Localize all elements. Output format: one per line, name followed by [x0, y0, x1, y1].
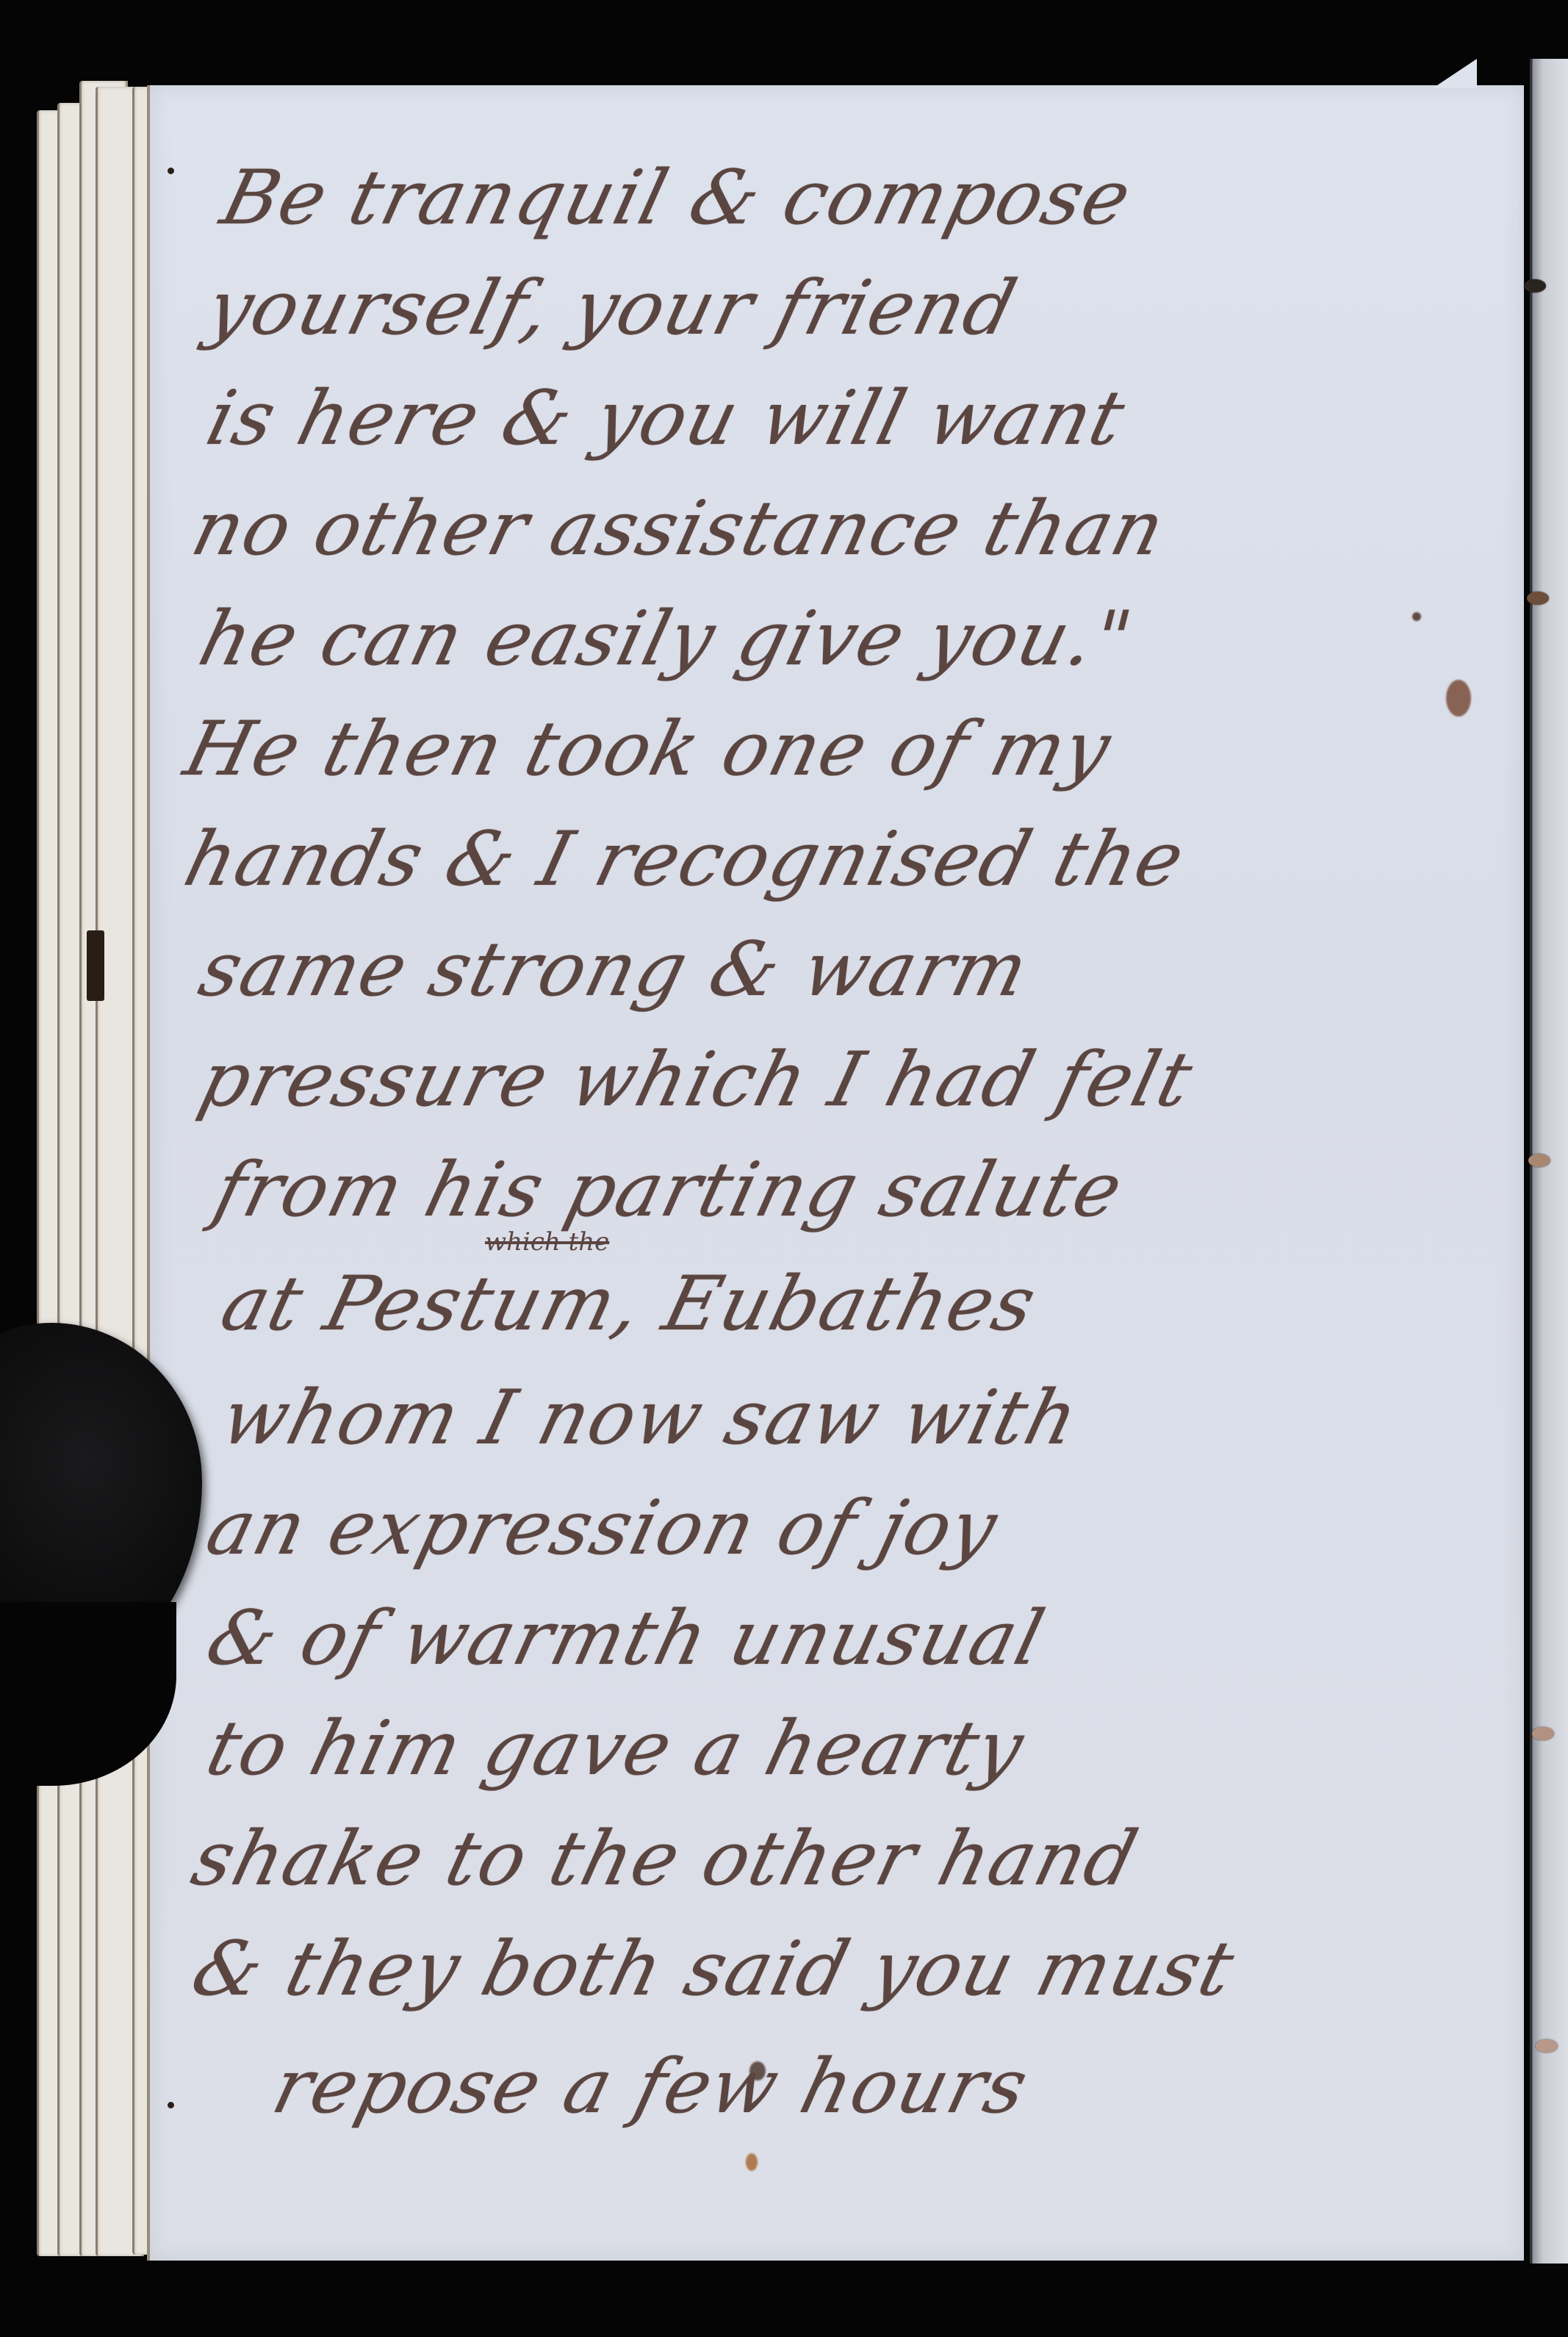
manuscript-line: an expression of joy — [198, 1485, 1007, 1572]
manuscript-line: He then took one of my — [176, 706, 1120, 793]
manuscript-line: pressure which I had felt — [191, 1036, 1202, 1124]
rust-stain — [746, 2153, 758, 2171]
ink-blot — [1412, 612, 1421, 621]
page-edge-tab — [87, 930, 104, 1001]
manuscript-line: is here & you will want — [198, 375, 1134, 462]
binding-stitch — [1527, 592, 1549, 605]
photo-background: Be tranquil & compose yourself, your fri… — [0, 0, 1568, 2337]
manuscript-line: repose a few hours — [265, 2043, 1037, 2130]
binding-stitch — [1524, 279, 1546, 292]
manuscript-line: hands & I recognised the — [176, 816, 1194, 903]
margin-dot — [168, 168, 174, 174]
manuscript-line: he can easily give you." — [191, 595, 1141, 683]
manuscript-line: same strong & warm — [191, 926, 1037, 1013]
manuscript-line: at Pestum, Eubathes — [213, 1260, 1046, 1348]
manuscript-line: & of warmth unusual — [198, 1595, 1054, 1682]
manuscript-line: & they both said you must — [184, 1925, 1243, 2013]
deleted-interlinear-insertion: which the — [485, 1227, 609, 1257]
binding-stitch — [1532, 1727, 1554, 1740]
manuscript-line: to him gave a hearty — [198, 1705, 1033, 1792]
manuscript-line: shake to the other hand — [184, 1815, 1147, 1903]
margin-dot — [168, 2102, 174, 2108]
page-corner — [1433, 59, 1477, 88]
manuscript-line: no other assistance than — [184, 485, 1174, 572]
binding-stitch — [1528, 1154, 1550, 1167]
manuscript-line: from his parting salute — [206, 1146, 1132, 1234]
manuscript-line: Be tranquil & compose — [213, 154, 1140, 242]
manuscript-line: whom I now saw with — [213, 1374, 1087, 1462]
manuscript-line: yourself, your friend — [198, 265, 1026, 352]
binding-stitch — [1536, 2039, 1558, 2053]
ink-blot — [1446, 680, 1471, 717]
